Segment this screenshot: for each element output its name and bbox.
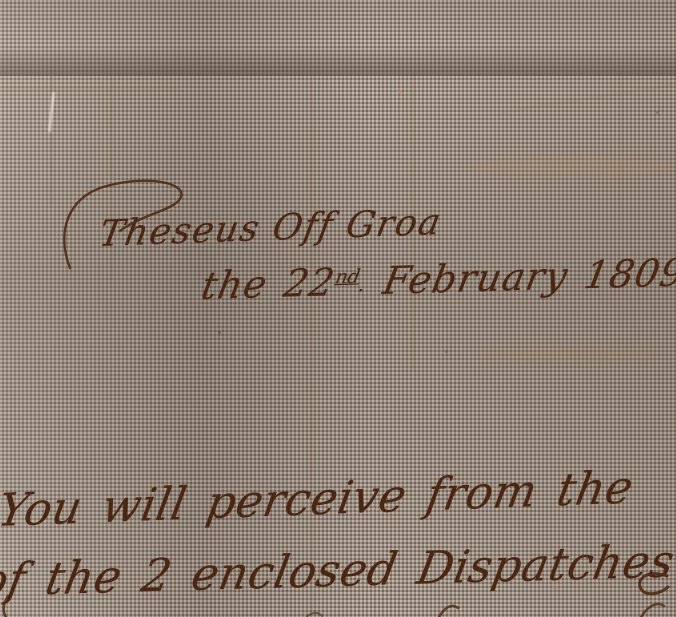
pen-flourishes — [0, 0, 676, 617]
clipped-stroke-fragment — [305, 613, 322, 617]
letter-photograph: Theseus Off Groa the 22nd. February 1809… — [0, 0, 676, 617]
capital-t-flourish — [64, 181, 181, 268]
clipped-stroke-fragment — [4, 596, 8, 617]
clipped-stroke-fragment — [640, 604, 664, 617]
clipped-stroke-fragment — [438, 606, 458, 617]
bottom-right-flourish — [640, 574, 668, 594]
